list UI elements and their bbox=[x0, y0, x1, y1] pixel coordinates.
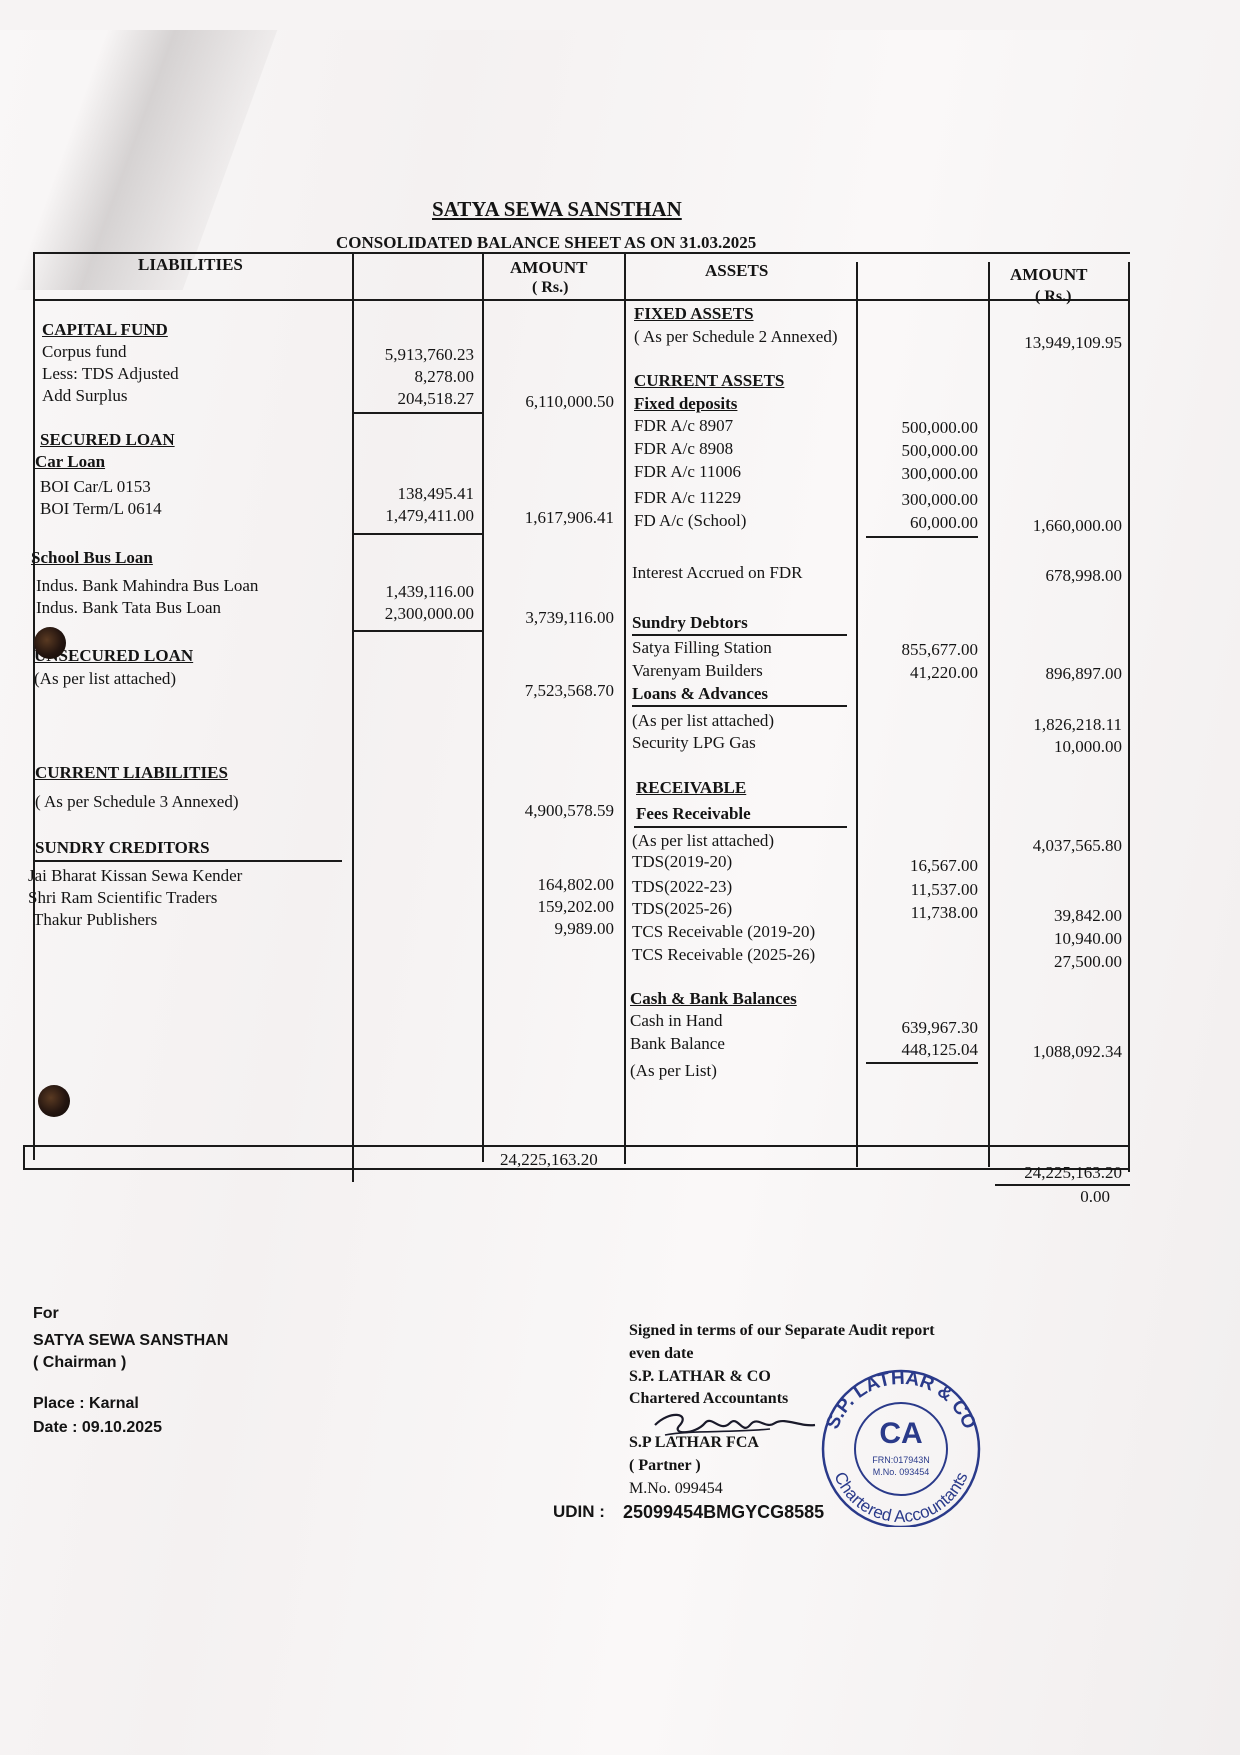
capital-subtotal-rule bbox=[352, 412, 482, 414]
corpus-fund-label: Corpus fund bbox=[42, 342, 127, 362]
tata-bus-loan-label: Indus. Bank Tata Bus Loan bbox=[36, 598, 221, 618]
svg-text:FRN:017943N: FRN:017943N bbox=[872, 1455, 930, 1465]
auditor-mno: M.No. 099454 bbox=[629, 1480, 723, 1498]
current-liabilities-total: 4,900,578.59 bbox=[482, 801, 614, 821]
tds-2019-amount: 16,567.00 bbox=[856, 856, 978, 876]
debtor-satya-amount: 855,677.00 bbox=[856, 640, 978, 660]
add-surplus-amount: 204,518.27 bbox=[352, 389, 474, 409]
fd-school-label: FD A/c (School) bbox=[634, 511, 746, 531]
fd-subtotal-rule bbox=[866, 536, 978, 538]
secured-loan-heading: SECURED LOAN bbox=[40, 430, 175, 450]
fixed-deposits-total: 1,660,000.00 bbox=[988, 516, 1122, 536]
cash-in-hand-label: Cash in Hand bbox=[630, 1011, 723, 1031]
svg-text:Chartered Accountants: Chartered Accountants bbox=[830, 1469, 971, 1526]
totals-top-border bbox=[23, 1145, 1128, 1147]
creditor-jai-bharat-label: Jai Bharat Kissan Sewa Kender bbox=[28, 866, 242, 886]
fd-school-amount: 60,000.00 bbox=[856, 513, 978, 533]
totals-left-border bbox=[23, 1145, 25, 1170]
punch-hole bbox=[34, 627, 66, 659]
capital-fund-heading: CAPITAL FUND bbox=[42, 320, 168, 340]
footer-date: Date : 09.10.2025 bbox=[33, 1419, 162, 1437]
school-bus-loan-total: 3,739,116.00 bbox=[482, 608, 614, 628]
fixed-assets-total: 13,949,109.95 bbox=[988, 333, 1122, 353]
svg-text:M.No. 093454: M.No. 093454 bbox=[873, 1467, 930, 1477]
assets-grand-total: 24,225,163.20 bbox=[988, 1163, 1122, 1183]
cash-bank-note: (As per List) bbox=[630, 1061, 717, 1081]
sundry-creditors-heading: SUNDRY CREDITORS bbox=[35, 838, 210, 858]
table-top-border bbox=[33, 252, 1130, 254]
fdr-8907-amount: 500,000.00 bbox=[856, 418, 978, 438]
bank-balance-amount: 448,125.04 bbox=[856, 1040, 978, 1060]
fees-receivable-rule bbox=[634, 826, 847, 828]
udin-label: UDIN : bbox=[553, 1502, 605, 1522]
tata-bus-loan-amount: 2,300,000.00 bbox=[352, 604, 474, 624]
fees-receivable-total: 4,037,565.80 bbox=[988, 836, 1122, 856]
tds-2019-label: TDS(2019-20) bbox=[632, 852, 732, 872]
audit-even-date: even date bbox=[629, 1345, 693, 1363]
boi-car-loan-label: BOI Car/L 0153 bbox=[40, 477, 151, 497]
sundry-debtors-total: 896,897.00 bbox=[988, 664, 1122, 684]
liabilities-grand-total: 24,225,163.20 bbox=[500, 1150, 598, 1170]
car-loan-heading: Car Loan bbox=[35, 452, 105, 472]
tcs-2025-total: 27,500.00 bbox=[988, 952, 1122, 972]
current-liabilities-note: ( As per Schedule 3 Annexed) bbox=[35, 792, 238, 812]
receivable-heading: RECEIVABLE bbox=[636, 778, 746, 798]
udin-value: 25099454BMGYCG8585 bbox=[623, 1502, 824, 1523]
table-left-border bbox=[33, 252, 35, 1160]
signature-icon bbox=[650, 1405, 820, 1445]
sheet-subtitle: CONSOLIDATED BALANCE SHEET AS ON 31.03.2… bbox=[336, 234, 756, 253]
bank-balance-label: Bank Balance bbox=[630, 1034, 725, 1054]
boi-car-loan-amount: 138,495.41 bbox=[352, 484, 474, 504]
carloan-subtotal-rule bbox=[352, 533, 482, 535]
fdr-8907-label: FDR A/c 8907 bbox=[634, 416, 733, 436]
creditor-thakur-amount: 9,989.00 bbox=[482, 919, 614, 939]
sundry-debtors-rule bbox=[632, 634, 847, 636]
tds-adjusted-amount: 8,278.00 bbox=[352, 367, 474, 387]
org-title: SATYA SEWA SANSTHAN bbox=[432, 197, 682, 222]
col-divider-2 bbox=[482, 252, 484, 1162]
loans-advances-note: (As per list attached) bbox=[632, 711, 774, 731]
current-assets-heading: CURRENT ASSETS bbox=[634, 371, 784, 391]
header-bottom-border bbox=[33, 299, 1130, 301]
cash-in-hand-amount: 639,967.30 bbox=[856, 1018, 978, 1038]
footer-chairman: ( Chairman ) bbox=[33, 1354, 126, 1372]
col-header-amount-right: AMOUNT bbox=[1010, 265, 1087, 285]
debtor-satya-label: Satya Filling Station bbox=[632, 638, 772, 658]
unsecured-loan-note: (As per list attached) bbox=[34, 669, 176, 689]
tcs-2019-label: TCS Receivable (2019-20) bbox=[632, 922, 815, 942]
col-header-liabilities: LIABILITIES bbox=[138, 255, 243, 275]
creditor-shri-ram-label: Shri Ram Scientific Traders bbox=[28, 888, 217, 908]
audit-statement: Signed in terms of our Separate Audit re… bbox=[629, 1322, 935, 1340]
debtor-varenyam-amount: 41,220.00 bbox=[856, 663, 978, 683]
fdr-8908-amount: 500,000.00 bbox=[856, 441, 978, 461]
interest-accrued-total: 678,998.00 bbox=[988, 566, 1122, 586]
footer-place: Place : Karnal bbox=[33, 1395, 139, 1413]
tds-2022-label: TDS(2022-23) bbox=[632, 877, 732, 897]
fdr-8908-label: FDR A/c 8908 bbox=[634, 439, 733, 459]
interest-accrued-label: Interest Accrued on FDR bbox=[632, 563, 802, 583]
school-bus-loan-heading: School Bus Loan bbox=[31, 548, 153, 568]
sundry-creditors-rule bbox=[35, 860, 342, 862]
boi-term-loan-label: BOI Term/L 0614 bbox=[40, 499, 162, 519]
tds-2022-amount: 11,537.00 bbox=[856, 880, 978, 900]
col-header-amount: AMOUNT bbox=[510, 258, 587, 278]
car-loan-total: 1,617,906.41 bbox=[482, 508, 614, 528]
tds-adjusted-label: Less: TDS Adjusted bbox=[42, 364, 179, 384]
loans-advances-heading: Loans & Advances bbox=[632, 684, 768, 704]
unsecured-loan-total: 7,523,568.70 bbox=[482, 681, 614, 701]
col-header-currency: ( Rs.) bbox=[532, 279, 568, 297]
mahindra-bus-loan-amount: 1,439,116.00 bbox=[352, 582, 474, 602]
cash-bank-total: 1,088,092.34 bbox=[988, 1042, 1122, 1062]
cash-subtotal-rule bbox=[866, 1062, 978, 1064]
fdr-11006-label: FDR A/c 11006 bbox=[634, 462, 741, 482]
footer-org: SATYA SEWA SANSTHAN bbox=[33, 1332, 228, 1350]
svg-text:CA: CA bbox=[879, 1417, 922, 1450]
cash-bank-heading: Cash & Bank Balances bbox=[630, 989, 797, 1009]
capital-fund-total: 6,110,000.50 bbox=[482, 392, 614, 412]
security-lpg-label: Security LPG Gas bbox=[632, 733, 756, 753]
table-right-border bbox=[1128, 262, 1130, 1172]
fdr-11229-label: FDR A/c 11229 bbox=[634, 488, 741, 508]
fdr-11229-amount: 300,000.00 bbox=[856, 490, 978, 510]
col-divider-3 bbox=[624, 252, 626, 1164]
security-lpg-total: 10,000.00 bbox=[988, 737, 1122, 757]
tds-total: 39,842.00 bbox=[988, 906, 1122, 926]
current-liabilities-heading: CURRENT LIABILITIES bbox=[35, 763, 228, 783]
sundry-debtors-heading: Sundry Debtors bbox=[632, 613, 748, 633]
corpus-fund-amount: 5,913,760.23 bbox=[352, 345, 474, 365]
tcs-2019-total: 10,940.00 bbox=[988, 929, 1122, 949]
creditor-thakur-label: Thakur Publishers bbox=[33, 910, 157, 930]
difference-amount: 0.00 bbox=[988, 1187, 1110, 1207]
fees-receivable-heading: Fees Receivable bbox=[636, 804, 751, 824]
creditor-jai-bharat-amount: 164,802.00 bbox=[482, 875, 614, 895]
tds-2025-label: TDS(2025-26) bbox=[632, 899, 732, 919]
debtor-varenyam-label: Varenyam Builders bbox=[632, 661, 763, 681]
loans-advances-total: 1,826,218.11 bbox=[988, 715, 1122, 735]
busloan-subtotal-rule bbox=[352, 630, 482, 632]
col-header-currency-right: ( Rs.) bbox=[1035, 288, 1071, 306]
mahindra-bus-loan-label: Indus. Bank Mahindra Bus Loan bbox=[36, 576, 258, 596]
fixed-assets-note: ( As per Schedule 2 Annexed) bbox=[634, 327, 837, 347]
fixed-deposits-heading: Fixed deposits bbox=[634, 394, 737, 414]
fixed-assets-heading: FIXED ASSETS bbox=[634, 304, 754, 324]
assets-total-rule bbox=[995, 1184, 1130, 1186]
auditor-firm: S.P. LATHAR & CO bbox=[629, 1368, 771, 1386]
add-surplus-label: Add Surplus bbox=[42, 386, 127, 406]
col-header-assets: ASSETS bbox=[705, 261, 768, 281]
fees-receivable-note: (As per list attached) bbox=[632, 831, 774, 851]
fdr-11006-amount: 300,000.00 bbox=[856, 464, 978, 484]
tds-2025-amount: 11,738.00 bbox=[856, 903, 978, 923]
punch-hole bbox=[38, 1085, 70, 1117]
auditor-role: ( Partner ) bbox=[629, 1457, 701, 1475]
loans-advances-rule bbox=[632, 705, 847, 707]
ca-stamp-icon: S.P. LATHAR & CO Chartered Accountants C… bbox=[812, 1365, 990, 1527]
footer-for: For bbox=[33, 1305, 59, 1323]
creditor-shri-ram-amount: 159,202.00 bbox=[482, 897, 614, 917]
boi-term-loan-amount: 1,479,411.00 bbox=[352, 506, 474, 526]
tcs-2025-label: TCS Receivable (2025-26) bbox=[632, 945, 815, 965]
